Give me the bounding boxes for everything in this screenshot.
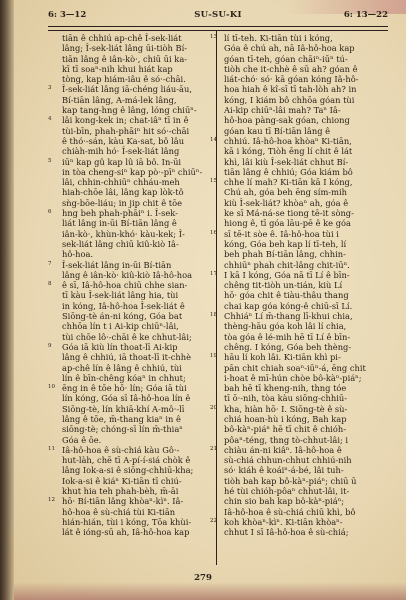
- verse-number: 8: [48, 279, 52, 289]
- text-line: 22koh khòaⁿ-kìⁿ. Ki-tiān khòaⁿ-: [224, 517, 389, 527]
- line-text: sī tē-it sòe ê. Iâ-hô-hoa tùi i: [224, 229, 339, 239]
- verse-number: 22: [210, 516, 217, 526]
- line-text: kóng, Góa beh kap lí tī-teh, lí: [224, 239, 346, 249]
- text-line: 18Chhiáⁿ Lí m̄-thang lī-khui chia,: [224, 311, 389, 321]
- text-line: hiah-chōe lâi, lâng kap lòk-tô: [62, 187, 210, 197]
- verse-number: 18: [210, 310, 217, 320]
- line-text: lát ê ióng-sū ah, Iâ-hô-hoa kap: [62, 527, 189, 537]
- text-line: só· kiáh ê koáiⁿ-á-bé, lâi tuh-: [224, 465, 389, 475]
- line-text: siōng-tè; chóng-sī lín m̄-thiaⁿ: [62, 424, 183, 434]
- text-line: tùi-bīn, phah-phāiⁿ hit só·-chāi: [62, 126, 210, 136]
- text-line: Iâ-hô-hoa ê sù-chiá chiū khì, bô: [224, 507, 389, 517]
- line-text: chiàu án-ni kiâⁿ. Iâ-hô-hoa ê: [224, 445, 342, 455]
- text-line: lâng ê tōe, m̄-thang kiaⁿ in ê: [62, 414, 210, 424]
- verse-number: 3: [48, 83, 52, 93]
- text-line: sek-liát lâng chiū kiû-kiò Iâ-: [62, 239, 210, 249]
- line-text: tiòh che it-chhè ê sū ah? góan ê: [224, 64, 357, 74]
- line-text: lín ê bīn-chêng kóaⁿ in chhut;: [62, 373, 186, 383]
- text-line: 15chhe lí mah? Ki-tiān kā I kóng,: [224, 177, 389, 187]
- line-text: tùi-bīn, phah-phāiⁿ hit só·-chāi: [62, 126, 189, 136]
- line-text: góan kau tī Bí-tiān lâng ê: [224, 126, 330, 136]
- verse-number: 5: [48, 156, 52, 166]
- text-line: lín kóng, Góa sī Iâ-hô-hoa lín ê: [62, 393, 210, 403]
- page-bottom-edge: [14, 582, 406, 600]
- text-line: lín ê bīn-chêng kóaⁿ in chhut;: [62, 373, 210, 383]
- verse-number: 15: [210, 176, 217, 186]
- text-line: Chú ah, góa beh ēng sím-mih: [224, 187, 389, 197]
- verse-number: 19: [210, 351, 217, 361]
- text-line: 19hāu lí koh lâi. Ki-tiān khì pi-: [224, 352, 389, 362]
- line-text: kiù Î-sek-liát? khòaⁿ ah, góa ê: [224, 198, 348, 208]
- line-text: lâng ê chhiú, iā thoat-lī it-chhè: [62, 352, 191, 362]
- text-line: Ai-kip chiūⁿ-lâi mah? Taⁿ Iâ-: [224, 105, 389, 115]
- verse-number: 4: [48, 114, 52, 124]
- line-text: i-hoat ê mī-hún chòe bô-kàⁿ-piáⁿ;: [224, 373, 362, 383]
- line-text: lâng Iok-a-si ê siōng-chhiū-kha;: [62, 465, 193, 475]
- line-text: kha, hiàn hō· I. Siōng-tè ê sù-: [224, 404, 347, 414]
- text-line: tùi chōe lô·-chāi ê ke chhut-lâi;: [62, 332, 210, 342]
- text-line: hô-hoa.: [62, 249, 210, 259]
- text-line: tiān lâng ê iân-kò·, chiū ūi ka-: [62, 54, 210, 64]
- line-text: hô-hoa pàng-sak góan, chiong: [224, 115, 350, 125]
- page-number: 279: [0, 573, 406, 583]
- text-line: ê thó·-sán, kàu Ka-sat, bô lâu: [62, 136, 210, 146]
- text-line: Bí-tiān lâng, A-má-lek lâng,: [62, 95, 210, 105]
- line-text: sǹg-bōe-liáu; in jip chit ê tōe: [62, 198, 182, 208]
- line-text: Ai-kip chiūⁿ-lâi mah? Taⁿ Iâ-: [224, 105, 341, 115]
- text-line: Góa ê ōe.: [62, 435, 210, 445]
- line-text: iân-kò·, khùn-khó· kàu-kek; Î-: [62, 229, 185, 239]
- line-text: koh khòaⁿ-kìⁿ. Ki-tiān khòaⁿ-: [224, 517, 343, 527]
- text-line: hiong ê, tī góa lāu-pē ê ke góa: [224, 218, 389, 228]
- line-text: bah hē tī kheng-nih, thng tóe: [224, 383, 346, 393]
- line-text: kā i kóng, Tiòh ēng lí chit ê lát: [224, 146, 352, 156]
- text-line: siōng-tè; chóng-sī lín m̄-thiaⁿ: [62, 424, 210, 434]
- text-line: 21chiàu án-ni kiâⁿ. Iâ-hô-hoa ê: [224, 445, 389, 455]
- text-line: lâng; Î-sek-liát lâng ūi-tiòh Bí-: [62, 43, 210, 53]
- text-line: pôaⁿ-téng, thng tò-chhut-lâi; i: [224, 435, 389, 445]
- text-line: 16sī tē-it sòe ê. Iâ-hô-hoa tùi i: [224, 229, 389, 239]
- line-text: hoa hiah ê kî-sī tī tah-lòh ah? in: [224, 84, 356, 94]
- verse-number: 12: [48, 495, 55, 505]
- line-text: beh phah Bí-tiān lâng, chhin-: [224, 249, 346, 259]
- text-line: lâng ê chhiú, iā thoat-lī it-chhè: [62, 352, 210, 362]
- line-text: hián-hián, tùi i kóng, Tōa khùi-: [62, 517, 191, 527]
- text-line: tòa góa ê lé-mih hē tī Lí ê bīn-: [224, 332, 389, 342]
- line-text: ê thó·-sán, kàu Ka-sat, bô lâu: [62, 136, 184, 146]
- line-text: Î-sek-liát lâng iā-chéng liáu-āu,: [62, 84, 192, 94]
- text-line: 7Î-sek-liát lâng in-ūi Bí-tiān: [62, 260, 210, 270]
- line-text: ap-chê lín ê lâng ê chhiú, tùi: [62, 363, 182, 373]
- text-line: ke sī Má-ná-se tiong tē-it sòng-: [224, 208, 389, 218]
- line-text: liát lâng in-ūi Bí-tiān lâng ê: [62, 218, 177, 228]
- left-text-column: tiān ê chhiú ap-chê Î-sek-liátlâng; Î-se…: [62, 33, 210, 538]
- line-text: lâi kong-kek in; chat-iâⁿ tī in ê: [62, 115, 188, 125]
- verse-number: 10: [48, 382, 55, 392]
- line-text: kī tī soaⁿ-nih khui hiát kap: [62, 64, 173, 74]
- text-line: hián-hián, tùi i kóng, Tōa khùi-: [62, 517, 210, 527]
- line-text: sù-chiá chhun-chhut chhiú-nih: [224, 455, 352, 465]
- text-line: liát-chó· só· kā góan kóng Iâ-hô-: [224, 74, 389, 84]
- line-text: Iâ-hô-hoa ê sù-chiá chiū khì, bô: [224, 507, 356, 517]
- text-line: chai kap góa kóng-ê chiū-sī Lí.: [224, 301, 389, 311]
- verse-number: 17: [210, 269, 217, 279]
- line-text: chhe lí mah? Ki-tiān kā I kóng,: [224, 177, 352, 187]
- line-text: tùi chōe lô·-chāi ê ke chhut-lâi;: [62, 332, 192, 342]
- line-text: hut-làh, chē tī A-pí-í-siá chòk ê: [62, 455, 190, 465]
- text-line: 4lâi kong-kek in; chat-iâⁿ tī in ê: [62, 115, 210, 125]
- line-text: in kóng, Iâ-hô-hoa Î-sek-liát ê: [62, 301, 185, 311]
- line-text: sek-liát lâng chiū kiû-kiò Iâ-: [62, 239, 179, 249]
- column-divider: [216, 30, 217, 565]
- text-line: kā i kóng, Tiòh ēng lí chit ê lát: [224, 146, 389, 156]
- text-line: góan tī-teh, góan chāiⁿ-iūⁿ tú-: [224, 54, 389, 64]
- verse-number: 16: [210, 228, 217, 238]
- line-text: Î-sek-liát lâng in-ūi Bí-tiān: [62, 260, 171, 270]
- text-line: 9Góa iā kiù lín thoat-lī Ai-kip: [62, 342, 210, 352]
- text-line: lâng ê iân-kò· kiû-kiò Iâ-hô-hoa: [62, 270, 210, 280]
- line-text: só· kiáh ê koáiⁿ-á-bé, lâi tuh-: [224, 465, 344, 475]
- text-line: hoa hiah ê kî-sī tī tah-lòh ah? in: [224, 84, 389, 94]
- line-text: khut hia teh phah-bèh, m̄-āi: [62, 486, 178, 496]
- line-text: ê sī, Iâ-hô-hoa chiū chhe sian-: [62, 280, 187, 290]
- text-line: chhut I sī Iâ-hô-hoa ê sù-chiá;: [224, 527, 389, 537]
- line-text: chin sio bah kap bô-kàⁿ-piáⁿ;: [224, 496, 344, 506]
- line-text: chhiūⁿ phah chit-lâng chit-iūⁿ.: [224, 260, 350, 270]
- text-line: khì, lâi kiù Î-sek-liát chhut Bí-: [224, 157, 389, 167]
- line-text: tòng, kap hiám-iâu ê só·-chāi.: [62, 74, 186, 84]
- text-line: iân-kò·, khùn-khó· kàu-kek; Î-: [62, 229, 210, 239]
- line-text: pôaⁿ-téng, thng tò-chhut-lâi; i: [224, 435, 348, 445]
- text-line: kap tang-hng ê lâng, lóng chiūⁿ-: [62, 105, 210, 115]
- line-text: hô-hoa.: [62, 249, 93, 259]
- text-line: chiá hoan-hù i kóng, Bah kap: [224, 414, 389, 424]
- line-text: chhōa lín t i Ai-kip chiūⁿ-lâi,: [62, 321, 179, 331]
- line-text: tiān lâng ê chhiú; Góa kiám bô: [224, 167, 353, 177]
- text-line: 13lí tī-teh. Ki-tiān tùi i kóng,: [224, 33, 389, 43]
- line-text: lâng ê tōe, m̄-thang kiaⁿ in ê: [62, 414, 181, 424]
- book-page: 6: 3—12 SU-SU-KI 6: 13—22 tiān ê chhiú a…: [0, 0, 406, 600]
- text-line: in tòa cheng-siⁿ kap pò·-pīⁿ chiūⁿ-: [62, 167, 210, 177]
- text-line: tòng, kap hiám-iâu ê só·-chāi.: [62, 74, 210, 84]
- line-text: Siōng-tè án-ni kóng, Góa bat: [62, 311, 182, 321]
- text-line: sù-chiá chhun-chhut chhiú-nih: [224, 455, 389, 465]
- line-text: Bí-tiān lâng, A-má-lek lâng,: [62, 95, 177, 105]
- verse-number: 11: [48, 444, 55, 454]
- text-line: 3Î-sek-liát lâng iā-chéng liáu-āu,: [62, 84, 210, 94]
- line-text: góan tī-teh, góan chāiⁿ-iūⁿ tú-: [224, 54, 348, 64]
- line-text: lâng; Î-sek-liát lâng ūi-tiòh Bí-: [62, 43, 187, 53]
- line-text: hāu lí koh lâi. Ki-tiān khì pi-: [224, 352, 341, 362]
- text-line: 11Iâ-hô-hoa ê sù-chiá kàu Gô·-: [62, 445, 210, 455]
- text-line: hō· góa chit ê tiàu-thâu thang: [224, 290, 389, 300]
- line-text: hé tùi chióh-pôaⁿ chhut-lâi, it-: [224, 486, 349, 496]
- right-text-column: 13lí tī-teh. Ki-tiān tùi i kóng,Góa ê ch…: [224, 33, 389, 538]
- text-line: kī tī soaⁿ-nih khui hiát kap: [62, 64, 210, 74]
- text-line: 17I kā I kóng, Góa nā tī Lí ê bīn-: [224, 270, 389, 280]
- text-line: kiù Î-sek-liát? khòaⁿ ah, góa ê: [224, 198, 389, 208]
- text-line: ap-chê lín ê lâng ê chhiú, tùi: [62, 363, 210, 373]
- line-text: Chhiáⁿ Lí m̄-thang lī-khui chia,: [224, 311, 353, 321]
- line-text: chhut I sī Iâ-hô-hoa ê sù-chiá;: [224, 527, 349, 537]
- line-text: tiòh bah kap bô-kàⁿ-piáⁿ; chiū ū: [224, 476, 357, 486]
- text-line: beh phah Bí-tiān lâng, chhin-: [224, 249, 389, 259]
- line-text: pān chit chiah soaⁿ-iūⁿ-á, ēng chit: [224, 363, 366, 373]
- text-line: chhiūⁿ phah chit-lâng chit-iūⁿ.: [224, 260, 389, 270]
- line-text: ke sī Má-ná-se tiong tē-it sòng-: [224, 208, 354, 218]
- text-line: Góa ê chú ah, nā Iâ-hô-hoa kap: [224, 43, 389, 53]
- line-text: Góa iā kiù lín thoat-lī Ai-kip: [62, 342, 178, 352]
- line-text: chiá hoan-hù i kóng, Bah kap: [224, 414, 347, 424]
- verse-number: 21: [210, 444, 217, 454]
- line-text: Iâ-hô-hoa ê sù-chiá kàu Gô·-: [62, 445, 179, 455]
- text-line: tī ō·-nih, tòa kàu siōng-chhiū-: [224, 393, 389, 403]
- text-line: tiòh bah kap bô-kàⁿ-piáⁿ; chiū ū: [224, 476, 389, 486]
- line-text: liát-chó· só· kā góan kóng Iâ-hô-: [224, 74, 359, 84]
- verse-number: 13: [210, 32, 217, 42]
- line-text: hô-hoa ê sù-chiá tùi Ki-tiān: [62, 507, 175, 517]
- text-line: Siōng-tè án-ni kóng, Góa bat: [62, 311, 210, 321]
- text-line: Siōng-tè, lín khiā-khí A-mô·-lī: [62, 404, 210, 414]
- line-text: Chú ah, góa beh ēng sím-mih: [224, 187, 347, 197]
- line-text: kap tang-hng ê lâng, lóng chiūⁿ-: [62, 105, 197, 115]
- verse-number: 14: [210, 135, 217, 145]
- text-line: thèng-hāu góa koh lâi lí chia,: [224, 321, 389, 331]
- text-line: 20kha, hiàn hō· I. Siōng-tè ê sù-: [224, 404, 389, 414]
- text-line: 14chhiú. Iâ-hô-hoa khòaⁿ Ki-tiān,: [224, 136, 389, 146]
- book-spine-shadow: [0, 0, 14, 600]
- text-line: tī kàu Î-sek-liát lâng hia, tùi: [62, 290, 210, 300]
- line-text: khì, lâi kiù Î-sek-liát chhut Bí-: [224, 157, 348, 167]
- text-line: Iok-a-si ê kiáⁿ Ki-tiān tī chiú-: [62, 476, 210, 486]
- line-text: lâi, chhin-chhiūⁿ chháu-meh: [62, 177, 180, 187]
- text-line: lát ê ióng-sū ah, Iâ-hô-hoa kap: [62, 527, 210, 537]
- header-double-rule: [48, 26, 388, 31]
- text-line: khut hia teh phah-bèh, m̄-āi: [62, 486, 210, 496]
- line-text: Iok-a-si ê kiáⁿ Ki-tiān tī chiú-: [62, 476, 182, 486]
- line-text: chhiú. Iâ-hô-hoa khòaⁿ Ki-tiān,: [224, 136, 352, 146]
- text-line: lâi, chhin-chhiūⁿ chháu-meh: [62, 177, 210, 187]
- text-line: lâng Iok-a-si ê siōng-chhiū-kha;: [62, 465, 210, 475]
- line-text: tiān lâng ê iân-kò·, chiū ūi ka-: [62, 54, 187, 64]
- text-line: 8ê sī, Iâ-hô-hoa chiū chhe sian-: [62, 280, 210, 290]
- text-line: 6hng beh phah-phāiⁿ i. Î-sek-: [62, 208, 210, 218]
- line-text: ēng in ê tōe hō· lín; Góa iā tùi: [62, 383, 187, 393]
- line-text: hng beh phah-phāiⁿ i. Î-sek-: [62, 208, 178, 218]
- text-line: hô-hoa pàng-sak góan, chiong: [224, 115, 389, 125]
- text-line: tiòh che it-chhè ê sū ah? góan ê: [224, 64, 389, 74]
- text-line: chêng. I kóng, Góa beh thèng-: [224, 342, 389, 352]
- text-line: góan kau tī Bí-tiān lâng ê: [224, 126, 389, 136]
- text-line: hut-làh, chē tī A-pí-í-siá chòk ê: [62, 455, 210, 465]
- line-text: tī kàu Î-sek-liát lâng hia, tùi: [62, 290, 178, 300]
- verse-number: 9: [48, 341, 52, 351]
- text-line: liát lâng in-ūi Bí-tiān lâng ê: [62, 218, 210, 228]
- line-text: I kā I kóng, Góa nā tī Lí ê bīn-: [224, 270, 350, 280]
- verse-number: 7: [48, 259, 52, 269]
- text-line: bô-kàⁿ-piáⁿ hē tī chit ê chióh-: [224, 424, 389, 434]
- text-line: chin sio bah kap bô-kàⁿ-piáⁿ;: [224, 496, 389, 506]
- text-line: in kóng, Iâ-hô-hoa Î-sek-liát ê: [62, 301, 210, 311]
- text-line: i-hoat ê mī-hún chòe bô-kàⁿ-piáⁿ;: [224, 373, 389, 383]
- line-text: Góa ê chú ah, nā Iâ-hô-hoa kap: [224, 43, 355, 53]
- line-text: hiah-chōe lâi, lâng kap lòk-tô: [62, 187, 184, 197]
- line-text: Góa ê ōe.: [62, 435, 101, 445]
- line-text: Siōng-tè, lín khiā-khí A-mô·-lī: [62, 404, 184, 414]
- line-text: chai kap góa kóng-ê chiū-sī Lí.: [224, 301, 352, 311]
- header-book-title: SU-SU-KI: [48, 10, 388, 20]
- verse-number: 6: [48, 207, 52, 217]
- line-text: tiān ê chhiú ap-chê Î-sek-liát: [62, 33, 182, 43]
- line-text: hō· góa chit ê tiàu-thâu thang: [224, 290, 349, 300]
- text-line: 10ēng in ê tōe hō· lín; Góa iā tùi: [62, 383, 210, 393]
- line-text: chiàh-mih hó· Î-sek-liát lâng: [62, 146, 179, 156]
- text-line: 5iūⁿ kap gû kap lû iā bô. In-ūi: [62, 157, 210, 167]
- line-text: bô-kàⁿ-piáⁿ hē tī chit ê chióh-: [224, 424, 346, 434]
- line-text: kóng, I kiám bô chhōa góan tùi: [224, 95, 354, 105]
- text-line: tiān ê chhiú ap-chê Î-sek-liát: [62, 33, 210, 43]
- running-header: 6: 3—12 SU-SU-KI 6: 13—22: [48, 10, 388, 24]
- line-text: lâng ê iân-kò· kiû-kiò Iâ-hô-hoa: [62, 270, 192, 280]
- line-text: lí tī-teh. Ki-tiān tùi i kóng,: [224, 33, 333, 43]
- line-text: tòa góa ê lé-mih hē tī Lí ê bīn-: [224, 332, 350, 342]
- text-line: chhōa lín t i Ai-kip chiūⁿ-lâi,: [62, 321, 210, 331]
- text-line: chiàh-mih hó· Î-sek-liát lâng: [62, 146, 210, 156]
- verse-number: 20: [210, 403, 217, 413]
- line-text: chêng tit-tiòh un-tián, kiù Lí: [224, 280, 342, 290]
- line-text: chêng. I kóng, Góa beh thèng-: [224, 342, 351, 352]
- line-text: thèng-hāu góa koh lâi lí chia,: [224, 321, 346, 331]
- text-line: hô-hoa ê sù-chiá tùi Ki-tiān: [62, 507, 210, 517]
- line-text: lín kóng, Góa sī Iâ-hô-hoa lín ê: [62, 393, 190, 403]
- text-line: tiān lâng ê chhiú; Góa kiám bô: [224, 167, 389, 177]
- text-line: bah hē tī kheng-nih, thng tóe: [224, 383, 389, 393]
- text-line: pān chit chiah soaⁿ-iūⁿ-á, ēng chit: [224, 363, 389, 373]
- text-line: sǹg-bōe-liáu; in jip chit ê tōe: [62, 198, 210, 208]
- text-line: kóng, I kiám bô chhōa góan tùi: [224, 95, 389, 105]
- text-line: kóng, Góa beh kap lí tī-teh, lí: [224, 239, 389, 249]
- text-line: hé tùi chióh-pôaⁿ chhut-lâi, it-: [224, 486, 389, 496]
- text-line: chêng tit-tiòh un-tián, kiù Lí: [224, 280, 389, 290]
- line-text: iūⁿ kap gû kap lû iā bô. In-ūi: [62, 157, 181, 167]
- header-right-reference: 6: 13—22: [344, 10, 388, 20]
- line-text: in tòa cheng-siⁿ kap pò·-pīⁿ chiūⁿ-: [62, 167, 202, 177]
- line-text: tī ō·-nih, tòa kàu siōng-chhiū-: [224, 393, 347, 403]
- text-line: 12hō· Bí-tiān lâng khòaⁿ-kìⁿ. Iâ-: [62, 496, 210, 506]
- line-text: hiong ê, tī góa lāu-pē ê ke góa: [224, 218, 351, 228]
- line-text: hō· Bí-tiān lâng khòaⁿ-kìⁿ. Iâ-: [62, 496, 183, 506]
